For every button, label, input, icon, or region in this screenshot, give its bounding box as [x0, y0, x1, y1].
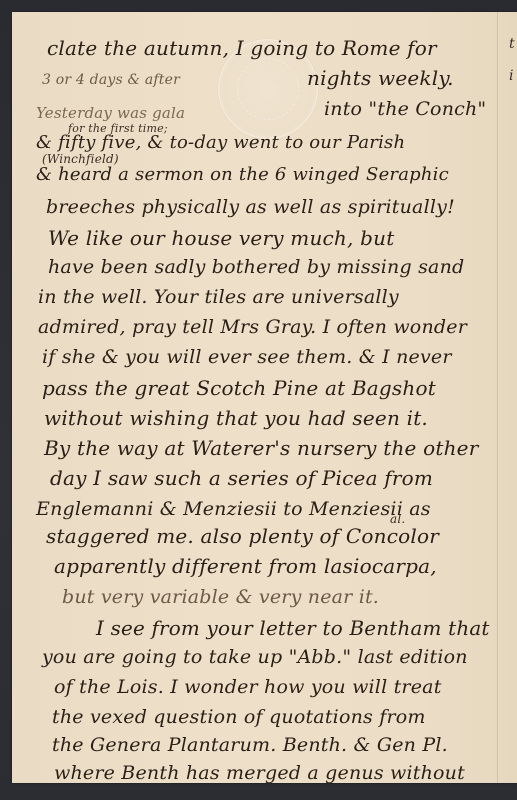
- letter-line-7: & heard a sermon on the 6 winged Seraphi…: [36, 164, 449, 185]
- letter-line-19: staggered me. also plenty of Concolor: [46, 524, 439, 548]
- letter-line-20: apparently different from lasiocarpa,: [54, 554, 437, 578]
- letter-line-8: breeches physically as well as spiritual…: [46, 196, 455, 218]
- letter-line-2: 3 or 4 days & after: [42, 72, 180, 88]
- letter-line-14: pass the great Scotch Pine at Bagshot: [42, 376, 436, 400]
- letter-line-21: but very variable & very near it.: [62, 586, 379, 608]
- page-fold-line: [497, 12, 498, 783]
- letter-page: clate the autumn, I going to Rome for 3 …: [12, 12, 517, 783]
- letter-line-3: Yesterday was gala: [36, 104, 185, 122]
- letter-line-2-continuation: nights weekly.: [307, 66, 454, 90]
- letter-line-15: without wishing that you had seen it.: [44, 406, 428, 430]
- letter-line-24: of the Lois. I wonder how you will treat: [54, 676, 442, 698]
- letter-line-26: the Genera Plantarum. Benth. & Gen Pl.: [52, 734, 448, 756]
- letter-line-9: We like our house very much, but: [48, 226, 394, 250]
- seal-inner-ring: [237, 58, 299, 120]
- letter-line-11: in the well. Your tiles are universally: [38, 286, 399, 308]
- letter-line-25: the vexed question of quotations from: [52, 706, 426, 728]
- letter-line-10: have been sadly bothered by missing sand: [48, 256, 464, 278]
- letter-line-13: if she & you will ever see them. & I nev…: [42, 346, 452, 368]
- letter-line-12: admired, pray tell Mrs Gray. I often won…: [38, 316, 467, 338]
- letter-line-3-continuation: into "the Conch": [324, 98, 486, 120]
- letter-line-22: I see from your letter to Bentham that: [96, 616, 490, 640]
- right-margin-mark-1: t: [509, 36, 515, 52]
- letter-line-5: & fifty five, & to-day went to our Paris…: [36, 132, 405, 153]
- right-margin-mark-2: i: [509, 68, 513, 84]
- letter-line-23: you are going to take up "Abb." last edi…: [42, 646, 468, 668]
- letter-line-17: day I saw such a series of Picea from: [50, 466, 433, 490]
- letter-line-27: where Benth has merged a genus without: [54, 762, 465, 784]
- letter-line-16: By the way at Waterer's nursery the othe…: [44, 436, 478, 460]
- letter-line-18: Englemanni & Menziesii to Menziesii as: [36, 498, 431, 520]
- letter-line-1: clate the autumn, I going to Rome for: [47, 36, 437, 60]
